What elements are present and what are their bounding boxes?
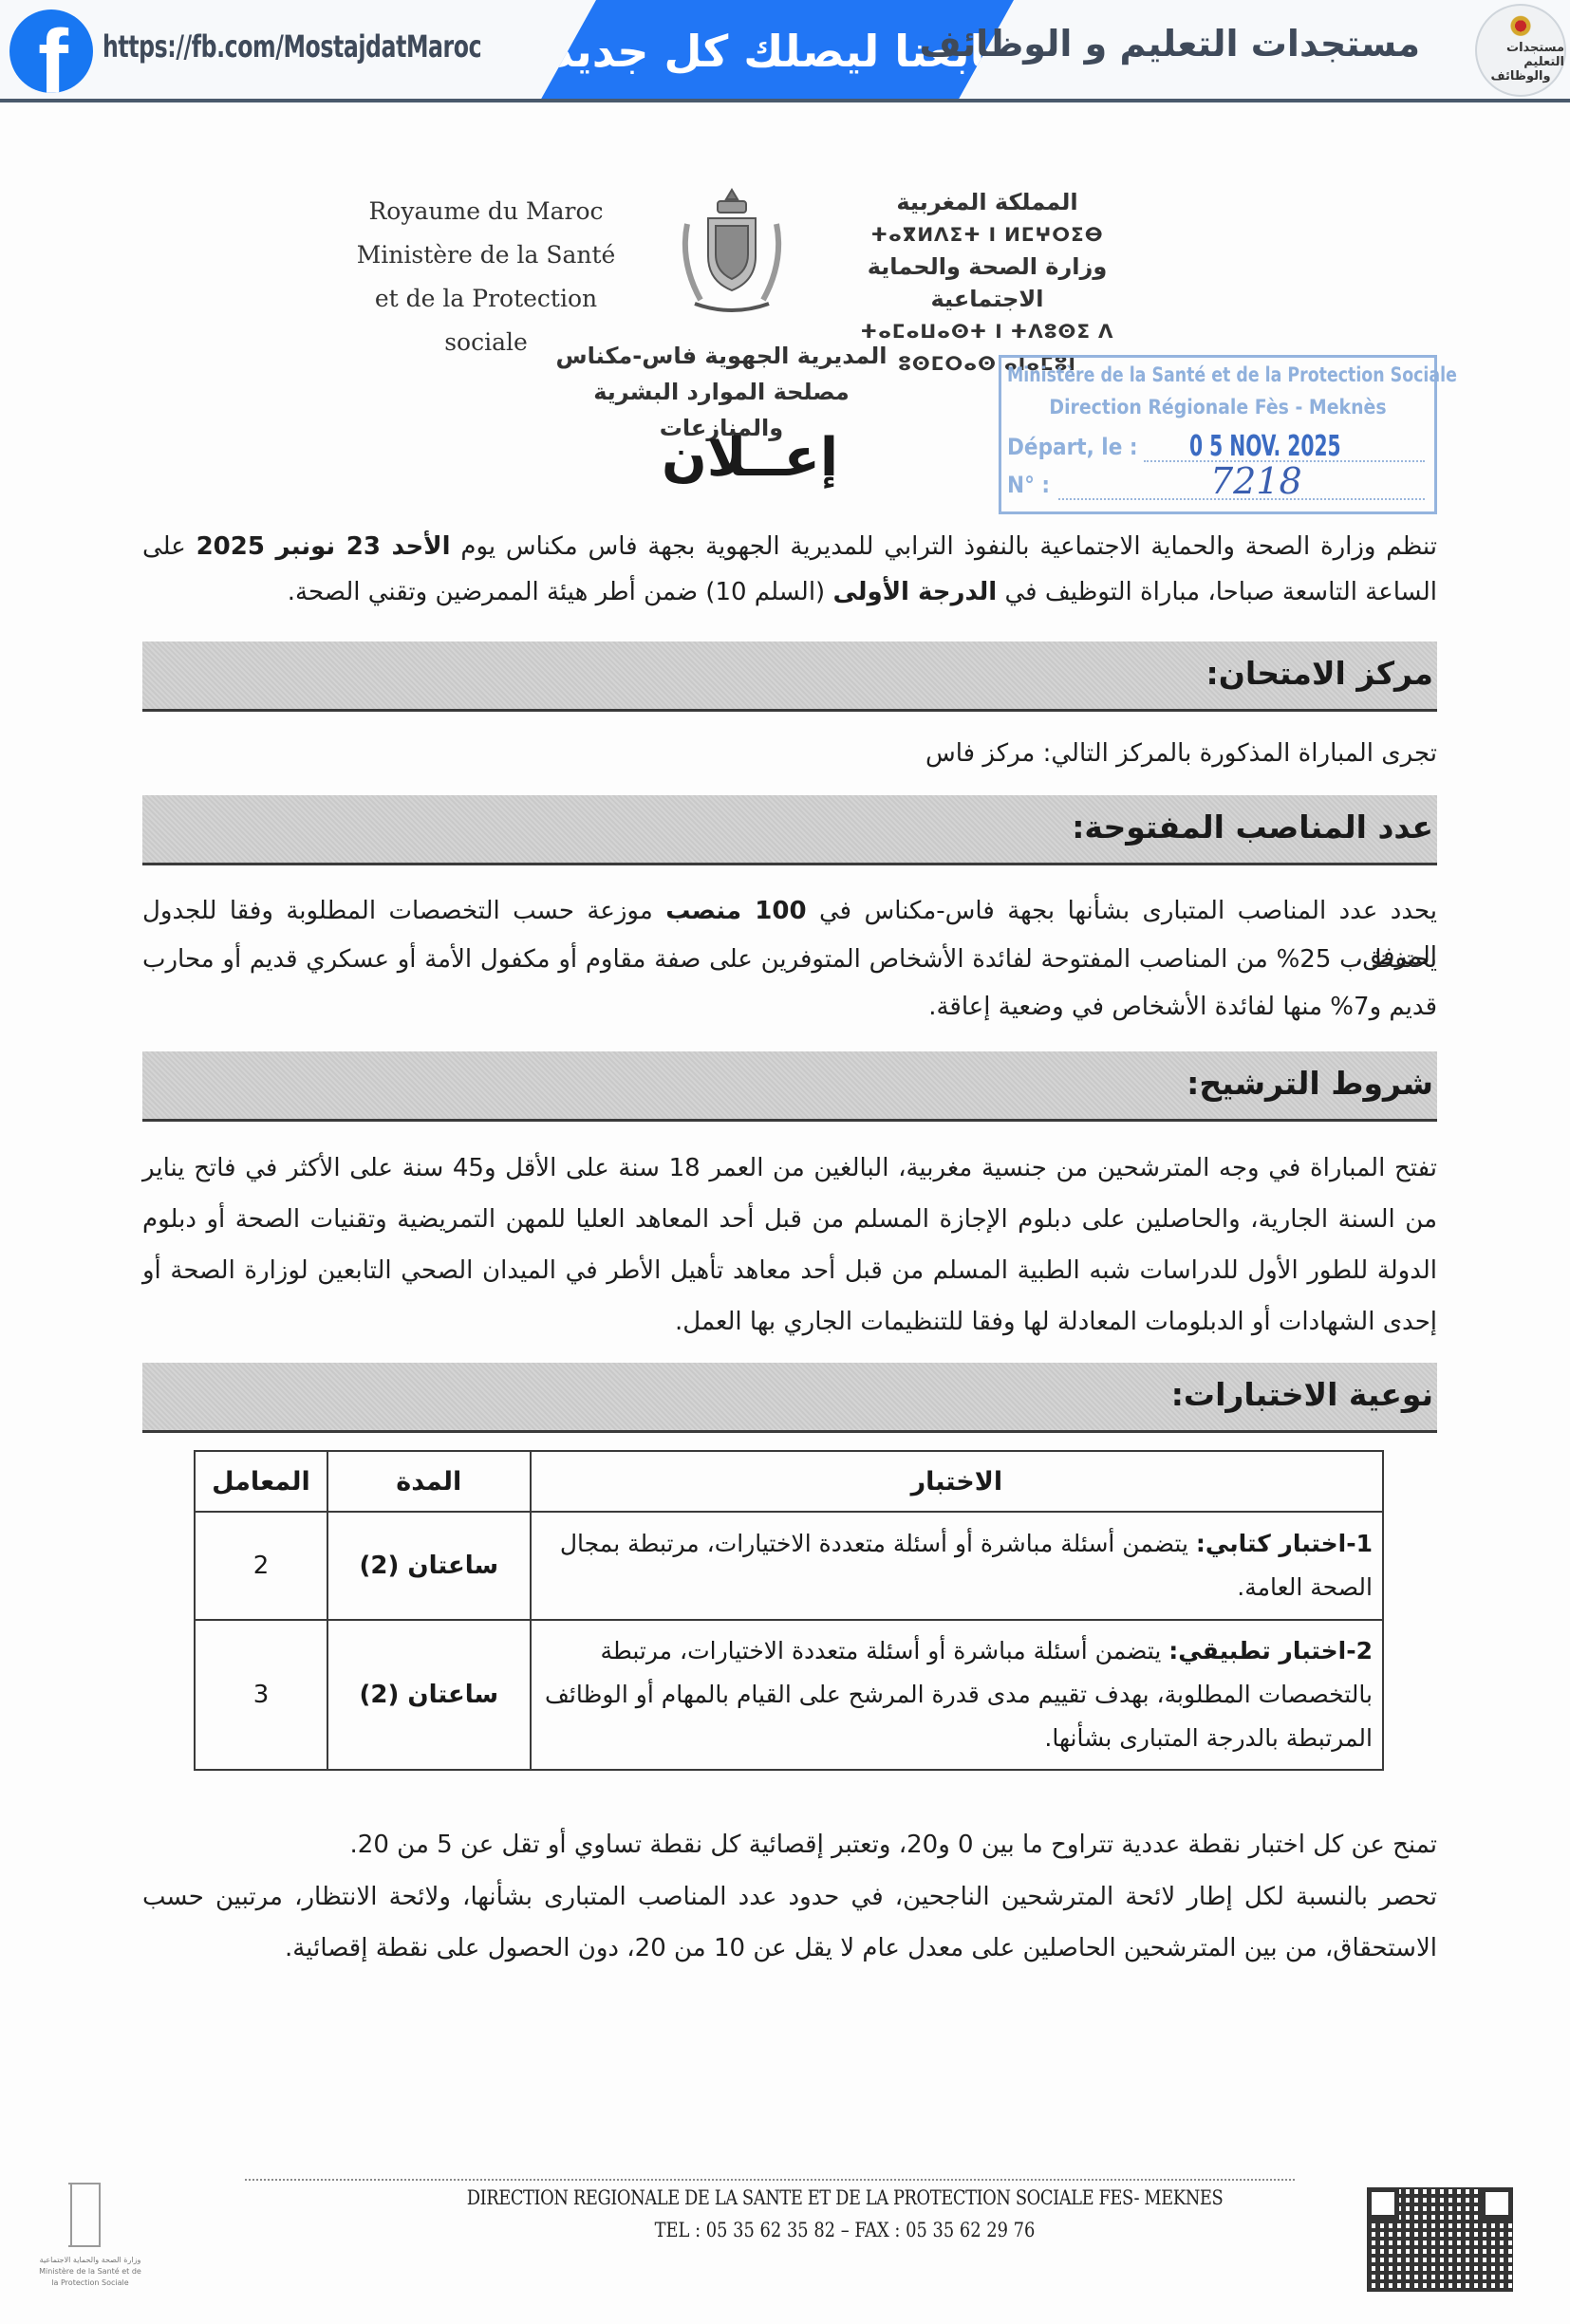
test-title: 2-اختبار تطبيقي: bbox=[1168, 1637, 1373, 1664]
section-heading-text: شروط الترشيح: bbox=[1187, 1065, 1433, 1102]
open-posts-paragraph-2: يحتفظ ب 25% من المناصب المفتوحة لفائدة ا… bbox=[142, 936, 1437, 1031]
stamp-number-label: N° : bbox=[1007, 472, 1050, 498]
logo-text-line2: والوظائف bbox=[1490, 69, 1550, 84]
section-heading-text: عدد المناصب المفتوحة: bbox=[1072, 809, 1433, 846]
grade-level: الدرجة الأولى bbox=[832, 578, 997, 606]
section-heading-open-posts: عدد المناصب المفتوحة: bbox=[142, 795, 1437, 865]
letterhead-ar-kingdom: المملكة المغربية bbox=[826, 186, 1149, 218]
announcement-title: إعــلان bbox=[626, 427, 873, 489]
letterhead-tifinagh-kingdom: ⵜⴰⴳⵍⴷⵉⵜ ⵏ ⵍⵎⵖⵔⵉⴱ bbox=[826, 218, 1149, 251]
exam-center-text: تجرى المباراة المذكورة بالمركز التالي: م… bbox=[142, 731, 1437, 776]
moroccan-coat-of-arms-icon bbox=[676, 186, 788, 315]
table-header-row: الاختبار المدة المعامل bbox=[195, 1451, 1383, 1512]
top-banner: f https://fb.com/MostajdatMaroc تابعنا ل… bbox=[0, 0, 1570, 102]
text-run: (السلم 10) ضمن أطر هيئة الممرضين وتقني ا… bbox=[288, 578, 833, 606]
footer-direction: DIRECTION REGIONALE DE LA SANTE ET DE LA… bbox=[441, 2186, 1248, 2209]
posts-count: 100 منصب bbox=[665, 897, 806, 925]
section-heading-conditions: شروط الترشيح: bbox=[142, 1051, 1437, 1122]
test-duration: ساعتان (2) bbox=[327, 1620, 531, 1770]
site-logo: مستجدات التعليم والوظائف bbox=[1475, 4, 1566, 97]
test-description: 1-اختبار كتابي: يتضمن أسئلة مباشرة أو أس… bbox=[531, 1512, 1383, 1620]
section-heading-text: مركز الامتحان: bbox=[1206, 655, 1434, 692]
column-header-duration: المدة bbox=[327, 1451, 531, 1512]
section-heading-tests: نوعية الاختبارات: bbox=[142, 1363, 1437, 1433]
tests-table: الاختبار المدة المعامل 1-اختبار كتابي: ي… bbox=[194, 1450, 1384, 1771]
ministry-footer-caption: وزارة الصحة والحماية الاجتماعية Ministèr… bbox=[38, 2255, 142, 2289]
footer-caption-ar: وزارة الصحة والحماية الاجتماعية bbox=[38, 2255, 142, 2266]
departure-stamp: Ministère de la Santé et de la Protectio… bbox=[999, 355, 1437, 514]
text-run: يحدد عدد المناصب المتبارى بشأنها بجهة فا… bbox=[807, 897, 1437, 925]
letterhead-ar-ministry: وزارة الصحة والحماية الاجتماعية bbox=[826, 251, 1149, 315]
section-heading-text: نوعية الاختبارات: bbox=[1171, 1376, 1433, 1413]
test-description: 2-اختبار تطبيقي: يتضمن أسئلة مباشرة أو أ… bbox=[531, 1620, 1383, 1770]
grading-paragraph-1: تمنح عن كل اختبار نقطة عددية تتراوح ما ب… bbox=[142, 1822, 1437, 1868]
intro-paragraph: تنظم وزارة الصحة والحماية الاجتماعية بال… bbox=[142, 524, 1437, 615]
emblem-icon bbox=[1510, 12, 1531, 37]
grading-paragraph-2: تحصر بالنسبة لكل إطار لائحة المترشحين ال… bbox=[142, 1871, 1437, 1974]
letterhead-fr-line2: Ministère de la Santé bbox=[334, 233, 638, 277]
conditions-paragraph: تفتح المباراة في وجه المترشحين من جنسية … bbox=[142, 1143, 1437, 1348]
ministry-footer-logo-frame bbox=[70, 2183, 101, 2247]
footer-divider bbox=[245, 2179, 1295, 2181]
stamp-number: 7218 bbox=[1210, 460, 1302, 502]
stamp-date: 0 5 NOV. 2025 bbox=[1189, 430, 1341, 463]
test-coefficient: 2 bbox=[195, 1512, 327, 1620]
footer-caption-fr: Ministère de la Santé et de la Protectio… bbox=[38, 2266, 142, 2289]
qr-code-icon[interactable] bbox=[1367, 2187, 1513, 2292]
letterhead-fr-line1: Royaume du Maroc bbox=[334, 190, 638, 233]
exam-date: الأحد 23 نونبر 2025 bbox=[196, 532, 451, 561]
section-heading-exam-center: مركز الامتحان: bbox=[142, 641, 1437, 712]
logo-text-line1: مستجدات التعليم bbox=[1477, 41, 1564, 69]
test-duration: ساعتان (2) bbox=[327, 1512, 531, 1620]
test-title: 1-اختبار كتابي: bbox=[1196, 1530, 1373, 1557]
test-coefficient: 3 bbox=[195, 1620, 327, 1770]
footer-contact: TEL : 05 35 62 35 82 – FAX : 05 35 62 29… bbox=[441, 2219, 1248, 2241]
column-header-coefficient: المعامل bbox=[195, 1451, 327, 1512]
text-run: تنظم وزارة الصحة والحماية الاجتماعية بال… bbox=[451, 532, 1437, 561]
column-header-test: الاختبار bbox=[531, 1451, 1383, 1512]
site-name: مستجدات التعليم و الوظائف bbox=[920, 23, 1420, 65]
table-row: 1-اختبار كتابي: يتضمن أسئلة مباشرة أو أس… bbox=[195, 1512, 1383, 1620]
direction-line1: المديرية الجهوية فاس-مكناس bbox=[532, 338, 911, 374]
stamp-ministry: Ministère de la Santé et de la Protectio… bbox=[1007, 363, 1457, 386]
facebook-icon[interactable]: f bbox=[9, 9, 93, 93]
facebook-url-link[interactable]: https://fb.com/MostajdatMaroc bbox=[103, 28, 481, 65]
stamp-depart-label: Départ, le : bbox=[1007, 434, 1137, 460]
table-row: 2-اختبار تطبيقي: يتضمن أسئلة مباشرة أو أ… bbox=[195, 1620, 1383, 1770]
stamp-direction: Direction Régionale Fès - Meknès bbox=[1001, 396, 1434, 418]
banner-divider bbox=[0, 99, 1570, 102]
